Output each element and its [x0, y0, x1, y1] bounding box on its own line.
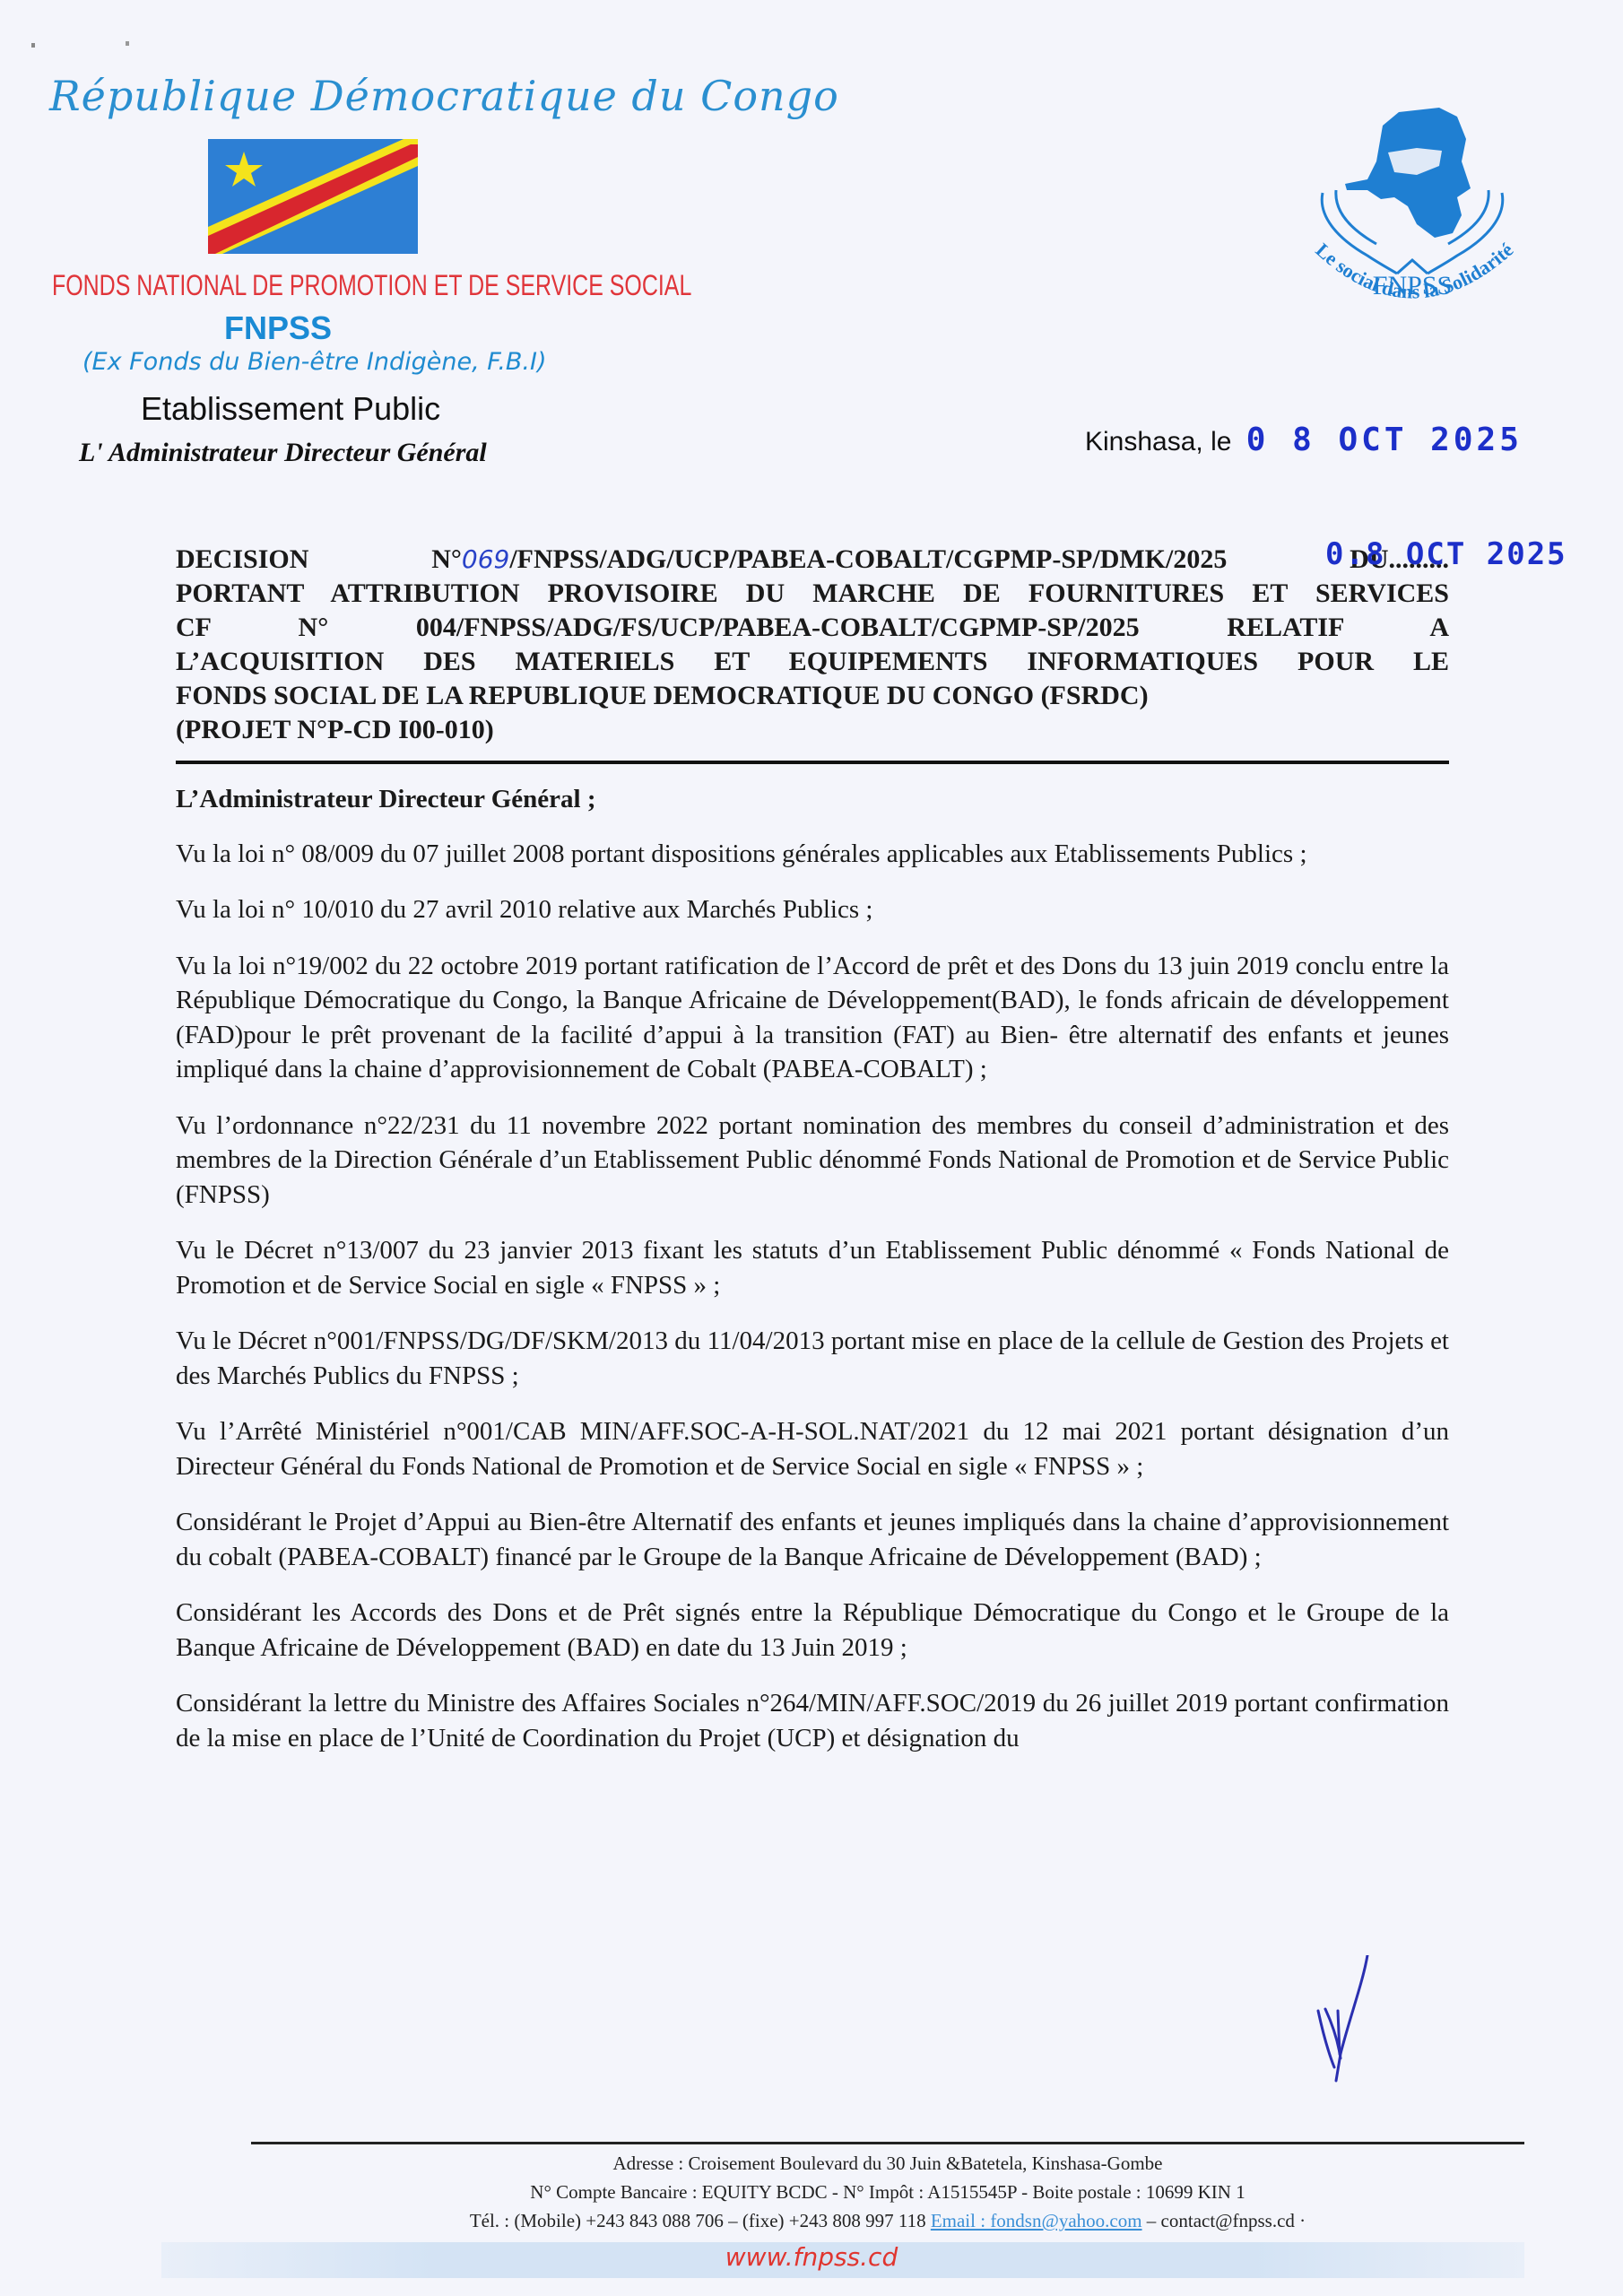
recital-paragraph: Vu le Décret n°13/007 du 23 janvier 2013… — [176, 1233, 1449, 1302]
decision-title-line-3: CF N° 004/FNPSS/ADG/FS/UCP/PABEA-COBALT/… — [176, 611, 1449, 645]
footer-divider — [251, 2142, 1524, 2144]
decision-title: DECISION N°069/FNPSS/ADG/UCP/PABEA-COBAL… — [176, 543, 1449, 747]
recital-paragraph: Considérant le Projet d’Appui au Bien-êt… — [176, 1505, 1449, 1574]
recital-paragraph: Vu la loi n° 08/009 du 07 juillet 2008 p… — [176, 837, 1449, 872]
recital-paragraph: Vu la loi n°19/002 du 22 octobre 2019 po… — [176, 949, 1449, 1087]
decision-body: L’Administrateur Directeur Général ; Vu … — [176, 782, 1449, 1777]
recital-paragraph: Considérant les Accords des Dons et de P… — [176, 1596, 1449, 1665]
title-divider — [176, 761, 1449, 764]
recital-paragraph: Vu la loi n° 10/010 du 27 avril 2010 rel… — [176, 892, 1449, 927]
fnpss-logo: FNPSS Le social dans la Solidarité — [1282, 90, 1542, 350]
place-date: Kinshasa, le 0 8 OCT 2025 — [1085, 422, 1523, 458]
decision-title-line-6: (PROJET N°P-CD I00-010) — [176, 713, 1449, 747]
recital-paragraph: Vu l’ordonnance n°22/231 du 11 novembre … — [176, 1109, 1449, 1213]
recital-paragraph: Vu l’Arrêté Ministériel n°001/CAB MIN/AF… — [176, 1414, 1449, 1483]
organization-former-name: (Ex Fonds du Bien-être Indigène, F.B.I) — [82, 348, 547, 376]
footer: Adresse : Croisement Boulevard du 30 Jui… — [251, 2149, 1524, 2235]
place-label: Kinshasa, le — [1085, 427, 1231, 457]
decision-title-line-1: DECISION N°069/FNPSS/ADG/UCP/PABEA-COBAL… — [176, 543, 1449, 577]
drc-flag-icon — [208, 139, 418, 254]
decision-title-line-2: PORTANT ATTRIBUTION PROVISOIRE DU MARCHE… — [176, 577, 1449, 611]
decision-date-stamp: 0.8 OCT 2025 — [1325, 536, 1567, 572]
decision-title-line-4: L’ACQUISITION DES MATERIELS ET EQUIPEMEN… — [176, 645, 1449, 679]
organization-name: FONDS NATIONAL DE PROMOTION ET DE SERVIC… — [52, 269, 612, 302]
email-link[interactable]: Email : fondsn@yahoo.com — [931, 2210, 1142, 2231]
recital-paragraph: Considérant la lettre du Ministre des Af… — [176, 1686, 1449, 1755]
date-stamp: 0 8 OCT 2025 — [1246, 422, 1523, 458]
footer-bank-info: N° Compte Bancaire : EQUITY BCDC - N° Im… — [251, 2178, 1524, 2206]
website-link[interactable]: www.fnpss.cd — [0, 2242, 1623, 2272]
footer-contact: Tél. : (Mobile) +243 843 088 706 – (fixe… — [251, 2206, 1524, 2235]
footer-address: Adresse : Croisement Boulevard du 30 Jui… — [251, 2149, 1524, 2178]
handwritten-signature-icon — [1291, 1955, 1399, 2099]
decision-title-line-5: FONDS SOCIAL DE LA REPUBLIQUE DEMOCRATIQ… — [176, 679, 1449, 713]
drc-map-in-hands-icon: FNPSS Le social dans la Solidarité — [1282, 90, 1542, 350]
recital-paragraph: Vu le Décret n°001/FNPSS/DG/DF/SKM/2013 … — [176, 1324, 1449, 1393]
handwritten-decision-number: 069 — [462, 544, 509, 574]
issuer-role: L' Administrateur Directeur Général — [79, 438, 487, 468]
scan-specks — [31, 40, 130, 49]
organization-type: Etablissement Public — [141, 390, 440, 428]
organization-acronym: FNPSS — [224, 309, 332, 347]
addressee: L’Administrateur Directeur Général ; — [176, 782, 1449, 817]
country-name-script: République Démocratique du Congo — [49, 72, 839, 120]
